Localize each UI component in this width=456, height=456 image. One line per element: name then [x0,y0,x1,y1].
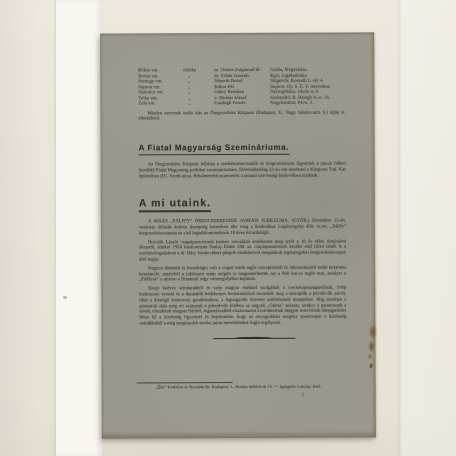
page-number: 1 [302,392,304,397]
divider-lens [235,337,271,340]
red-speck [63,296,67,299]
body-paragraph: A 450-ES „PÁLFFY” ÖREGCSERKÉSZEK AVATÁSI… [139,219,346,237]
county-cell: Zala vm. [138,100,183,106]
body-paragraph: Nagyon ébresztő és bensőséges volt a csa… [139,265,346,283]
table-row: Zala vm. „ Gazdagh Ferenc Nagykanizsa, P… [138,100,347,106]
central-office-note: Minden szervnek szóló írás az Öregcserké… [138,110,344,123]
stain [363,321,377,359]
imprint-line: „Élet” Irodalmi és Nyomda Rt. Budapest, … [135,384,343,390]
imprint-text: „Élet” Irodalmi és Nyomda Rt. Budapest, … [156,384,322,390]
stain-drip [370,363,373,368]
body-paragraph: Horváth László csapatparancsnok kedves s… [139,239,346,263]
body-paragraph: Ennyi kedves színdarabból és szép magyar… [139,286,346,327]
seminar-paragraph: Az Öregcserkész Központ felhívja a cserk… [139,162,346,180]
backing-sheet [56,0,102,456]
role-cell: „ [183,100,195,106]
photo-background: Békés vm. elnöke sz. Ormos Zsigmond dr. … [0,0,456,456]
section-title-seminar: A Fiatal Magyarság Szemináriuma. [139,143,290,155]
name-cell: Gazdagh Ferenc [214,100,270,106]
document-page: Békés vm. elnöke sz. Ormos Zsigmond dr. … [100,32,376,438]
divider-rule [213,337,295,340]
address-cell: Nagykanizsa, Páva. 3. [270,100,347,106]
officers-table: Békés vm. elnöke sz. Ormos Zsigmond dr. … [138,67,347,106]
page-content: Békés vm. elnöke sz. Ormos Zsigmond dr. … [100,32,376,438]
section-title-our-ways: A mi utaink. [139,197,211,213]
